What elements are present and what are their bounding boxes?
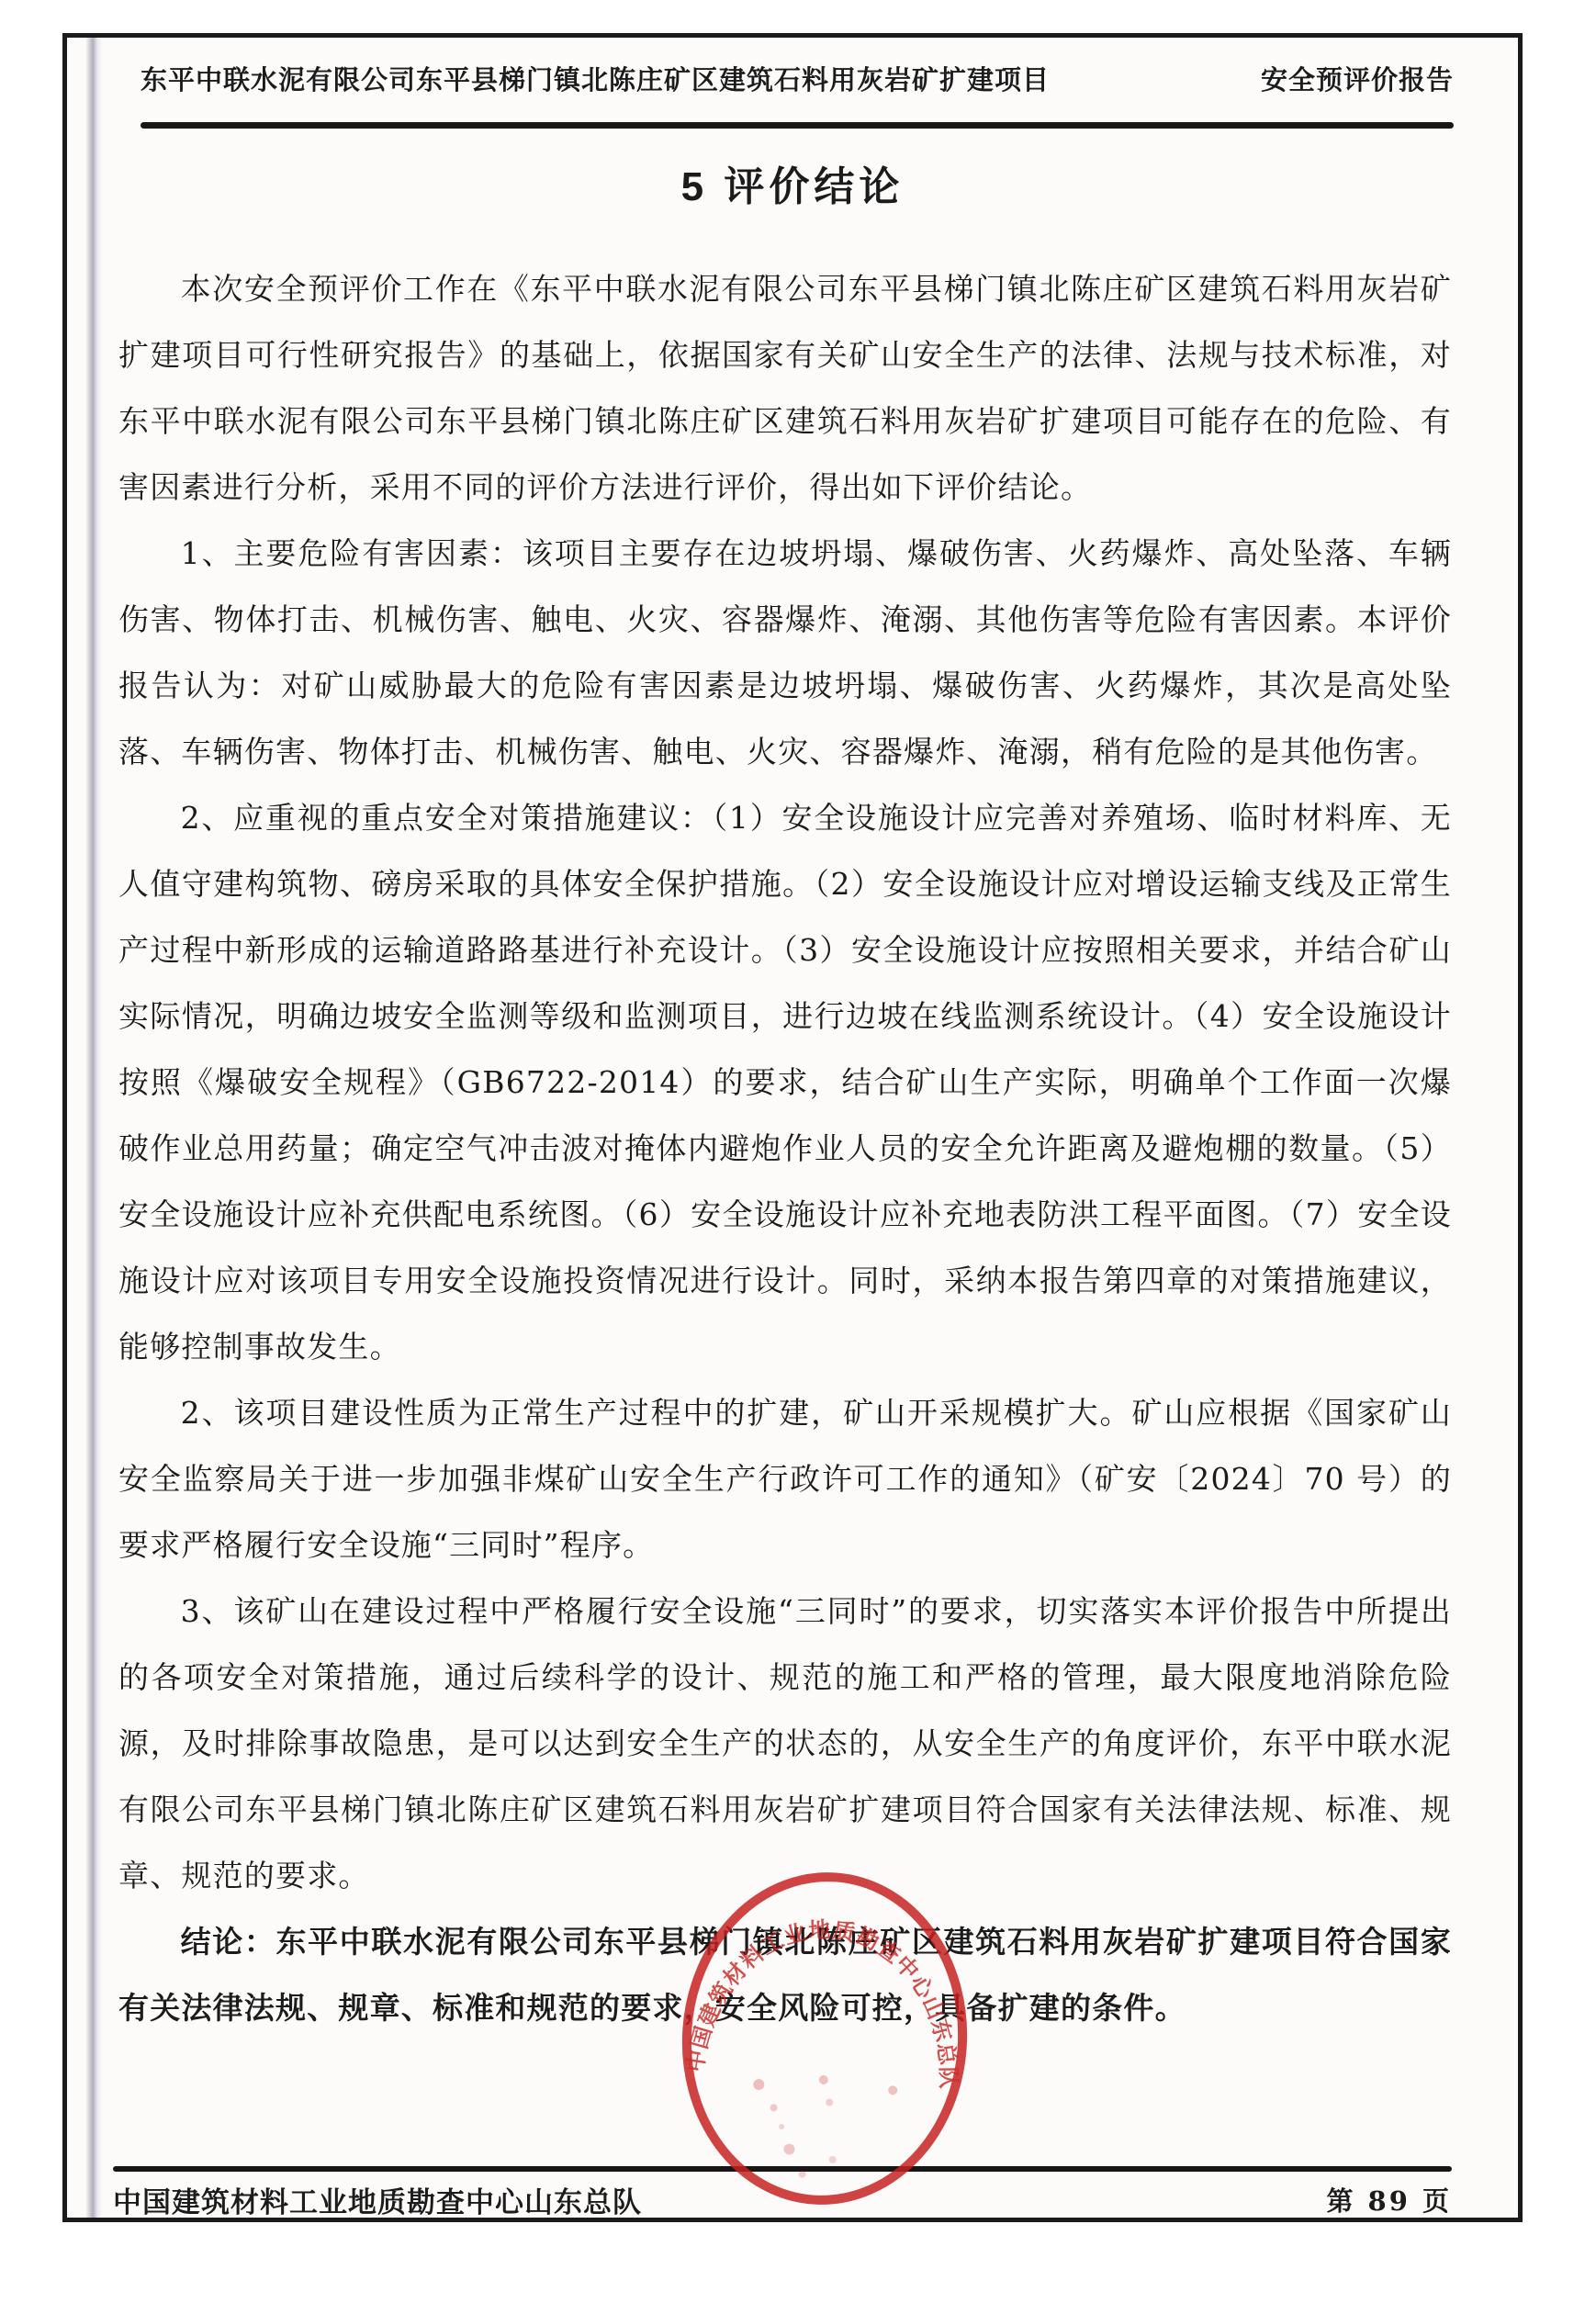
scanned-report-page: 东平中联水泥有限公司东平县梯门镇北陈庄矿区建筑石料用灰岩矿扩建项目 安全预评价报… (0, 0, 1596, 2314)
document-body: 本次安全预评价工作在《东平中联水泥有限公司东平县梯门镇北陈庄矿区建筑石料用灰岩矿… (118, 256, 1452, 2041)
paragraph-safety-measures: 2、应重视的重点安全对策措施建议：（1）安全设施设计应完善对养殖场、临时材料库、… (118, 785, 1452, 1380)
header-project-title: 东平中联水泥有限公司东平县梯门镇北陈庄矿区建筑石料用灰岩矿扩建项目 (140, 60, 1050, 97)
page-header: 东平中联水泥有限公司东平县梯门镇北陈庄矿区建筑石料用灰岩矿扩建项目 安全预评价报… (140, 60, 1454, 97)
page-footer: 中国建筑材料工业地质勘查中心山东总队 第 89 页 (113, 2179, 1452, 2220)
footer-organization: 中国建筑材料工业地质勘查中心山东总队 (113, 2179, 642, 2220)
document-page: 东平中联水泥有限公司东平县梯门镇北陈庄矿区建筑石料用灰岩矿扩建项目 安全预评价报… (62, 33, 1523, 2222)
header-rule (140, 122, 1454, 129)
paragraph-intro: 本次安全预评价工作在《东平中联水泥有限公司东平县梯门镇北陈庄矿区建筑石料用灰岩矿… (118, 256, 1452, 521)
paragraph-conclusion: 结论：东平中联水泥有限公司东平县梯门镇北陈庄矿区建筑石料用灰岩矿扩建项目符合国家… (118, 1909, 1452, 2041)
paragraph-hazard-factors: 1、主要危险有害因素：该项目主要存在边坡坍塌、爆破伤害、火药爆炸、高处坠落、车辆… (118, 521, 1452, 785)
paragraph-project-nature: 2、该项目建设性质为正常生产过程中的扩建，矿山开采规模扩大。矿山应根据《国家矿山… (118, 1380, 1452, 1578)
paragraph-compliance: 3、该矿山在建设过程中严格履行安全设施“三同时”的要求，切实落实本评价报告中所提… (118, 1578, 1452, 1909)
binding-shadow (85, 38, 102, 2218)
header-doc-type: 安全预评价报告 (1261, 60, 1454, 97)
section-title: 5 评价结论 (67, 153, 1518, 212)
footer-rule (113, 2166, 1452, 2172)
footer-page-number: 第 89 页 (1326, 2181, 1452, 2219)
